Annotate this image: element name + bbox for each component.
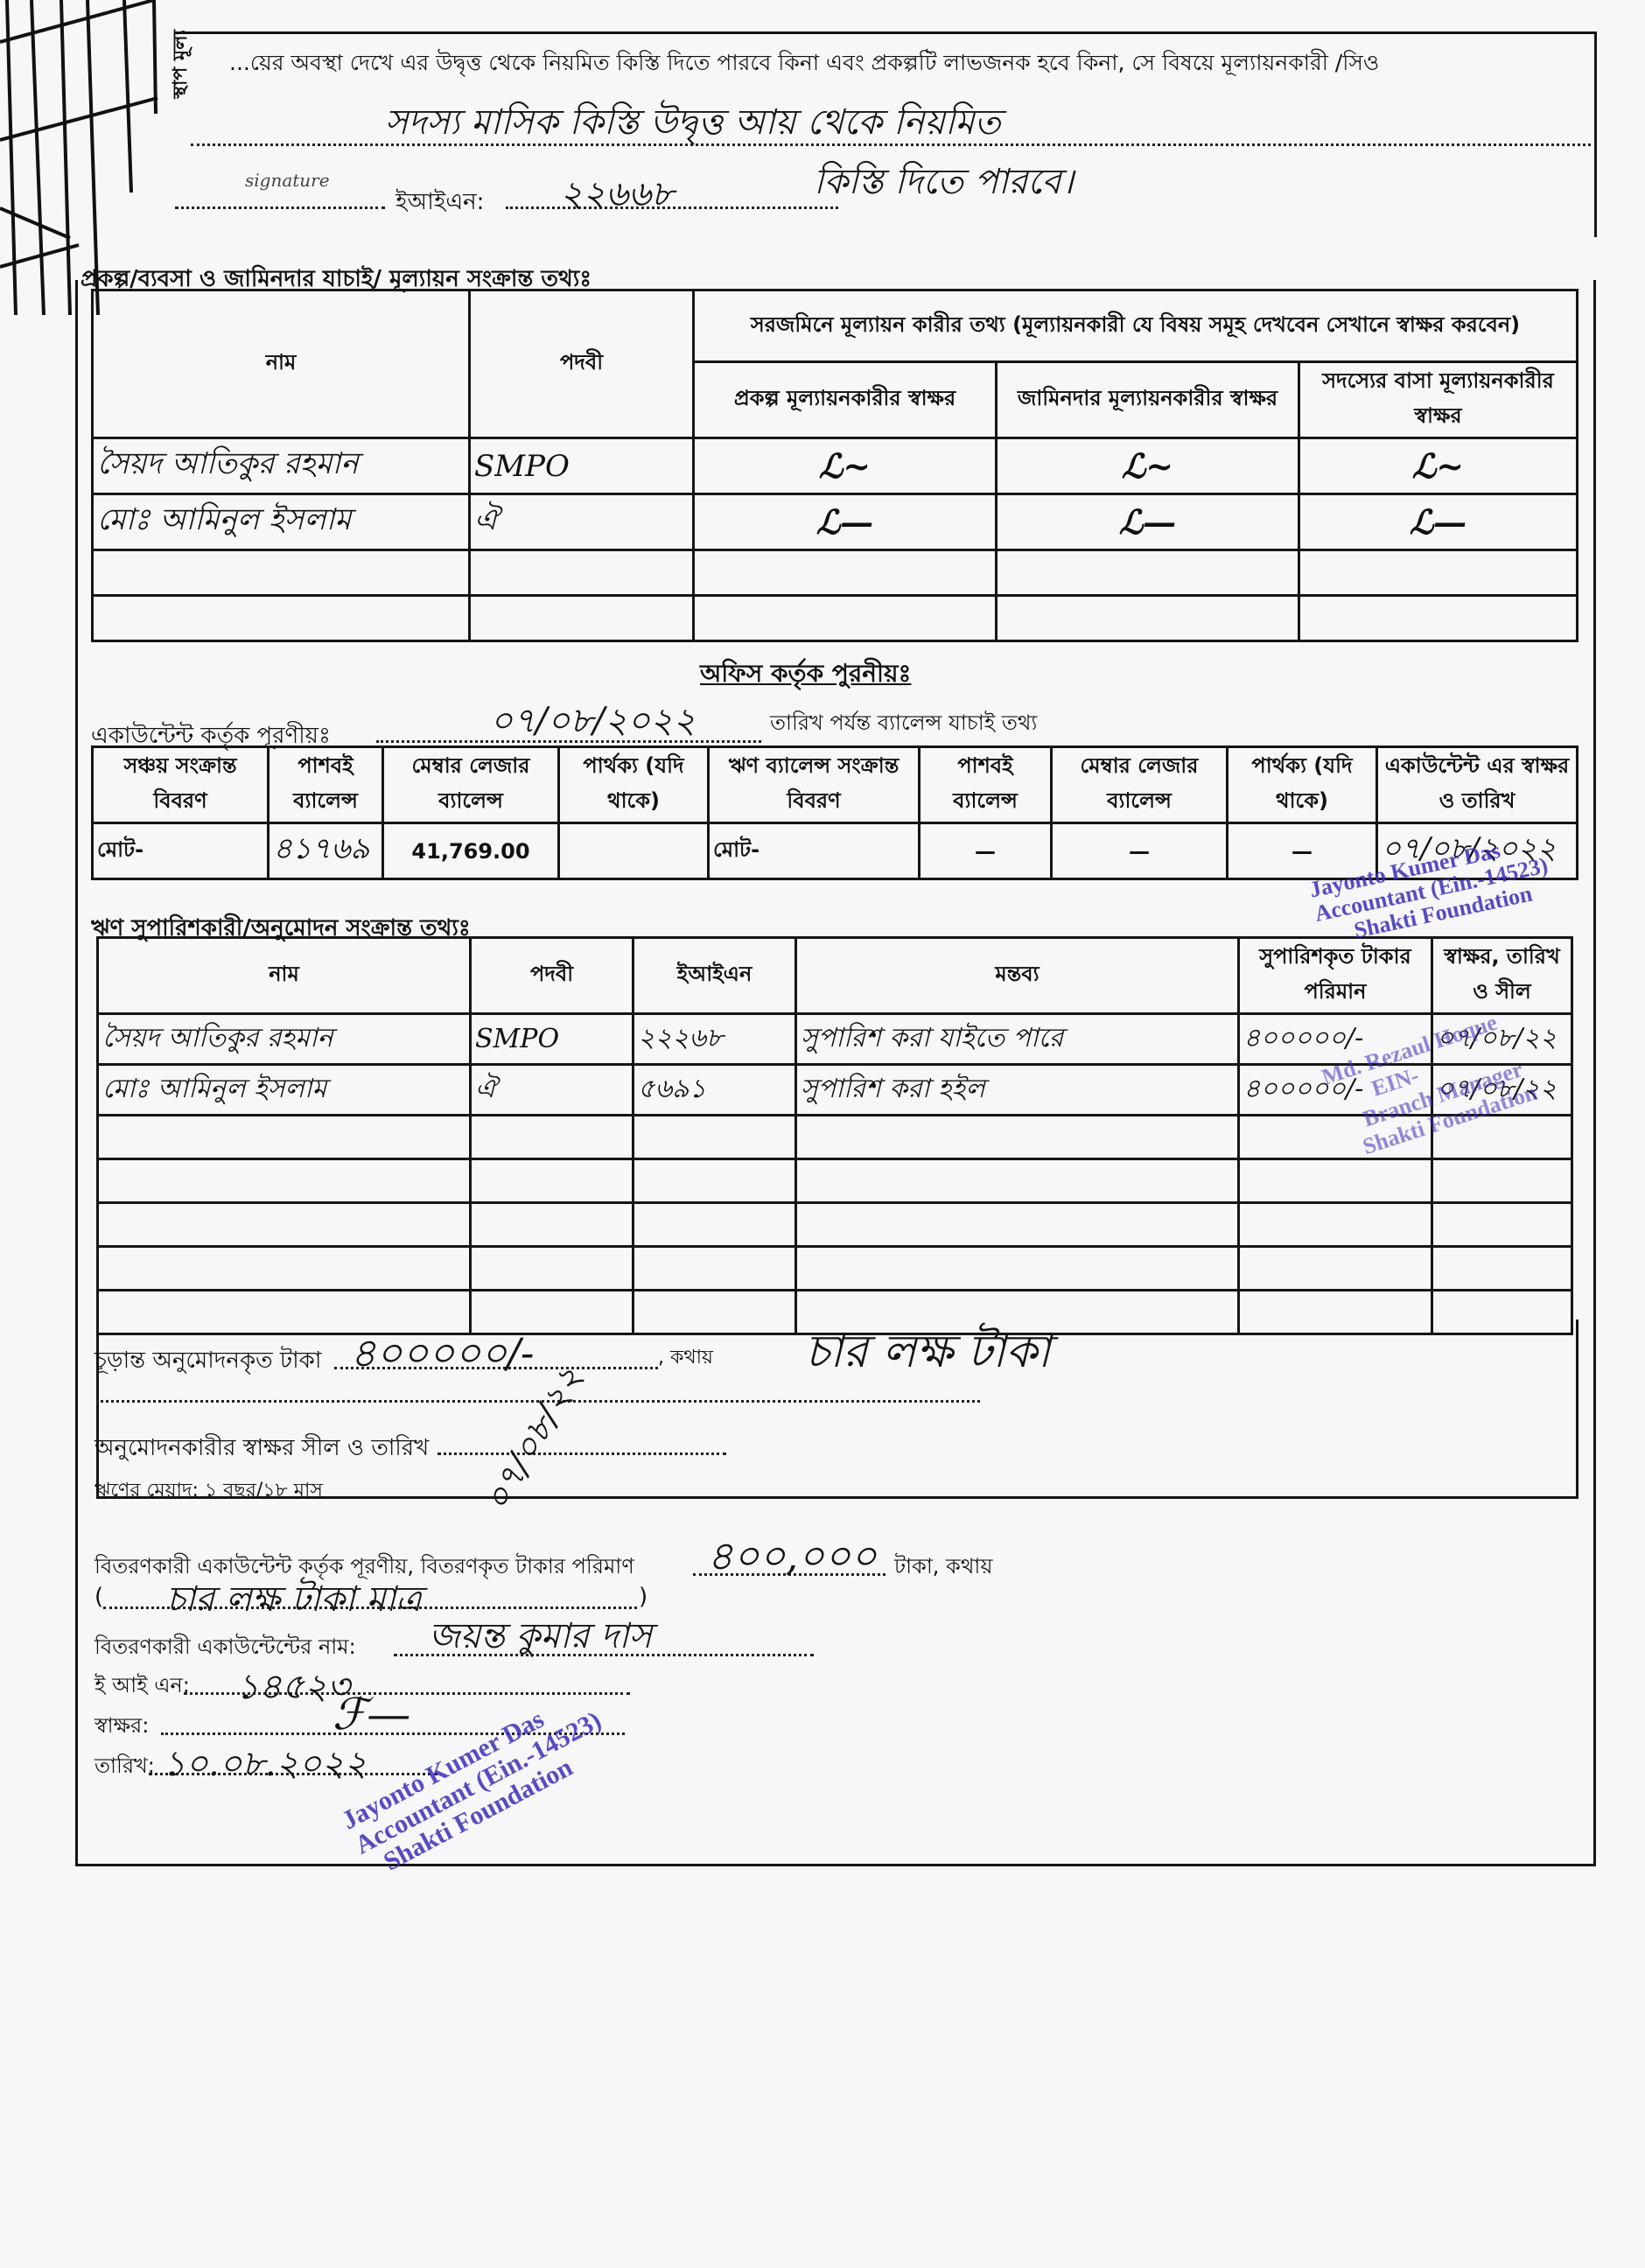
signature-icon: ℒ~: [1122, 446, 1173, 486]
final-amount-value: ৪০০০০০/-: [350, 1323, 534, 1389]
in-words-label: , কথায়: [658, 1342, 713, 1375]
verification-table: নাম পদবী সরজমিনে মূল্যায়ন কারীর তথ্য (ম…: [91, 289, 1578, 642]
verification-row-name: [93, 550, 470, 596]
verification-row-guarantor-sign: [997, 550, 1299, 596]
verification-row-home-sign: [1299, 550, 1578, 596]
verification-row-name: মোঃ আমিনুল ইসলাম: [93, 494, 470, 550]
verification-row-name: সৈয়দ আতিকুর রহমান: [93, 438, 470, 494]
recommendation-cell-name: মোঃ আমিনুল ইসলাম: [98, 1065, 471, 1116]
recommendation-cell-sign: [1432, 1247, 1572, 1291]
approver-sign-label: অনুমোদনকারীর স্বাক্ষর সীল ও তারিখ: [94, 1430, 429, 1468]
recommendation-cell-designation: ঐ: [471, 1065, 633, 1116]
verification-row-designation: ঐ: [470, 494, 694, 550]
verification-row-home-sign: ℒ~: [1299, 438, 1578, 494]
final-amount-label: চূড়ান্ত অনুমোদনকৃত টাকা: [94, 1342, 321, 1381]
assessment-dotted-line1: [191, 143, 1591, 146]
verification-row-project-sign: [694, 550, 997, 596]
recommendation-cell-ein: ২২২৬৮: [633, 1014, 796, 1065]
balance-cell-4: মোট-: [709, 823, 920, 879]
signature-icon: ℒ—: [1119, 502, 1176, 542]
recommendation-header-0: নাম: [98, 938, 471, 1014]
verification-row-project-sign: ℒ—: [694, 494, 997, 550]
verification-header-designation: পদবী: [470, 290, 694, 438]
assessment-sign-dotted: [175, 206, 385, 209]
disbursed-in-words-close: ): [639, 1584, 647, 1610]
recommendation-cell-sign: [1432, 1203, 1572, 1247]
verification-row-home-sign: [1299, 596, 1578, 641]
balance-table: সঞ্চয় সংক্রান্ত বিবরণপাশবই ব্যালেন্সমেম…: [91, 745, 1578, 880]
signature-icon: ℒ~: [819, 446, 871, 486]
verification-row-guarantor-sign: ℒ—: [997, 494, 1299, 550]
recommendation-cell-ein: [633, 1247, 796, 1291]
recommendation-cell-amount: [1239, 1203, 1432, 1247]
balance-header-8: একাউন্টেন্ট এর স্বাক্ষর ও তারিখ: [1377, 747, 1578, 823]
disbursement-ein-label: ই আই এন:: [94, 1669, 190, 1704]
assessment-ein-label: ইআইএন:: [395, 184, 484, 222]
assessment-instruction: ...য়ের অবস্থা দেখে এর উদ্বৃত্ত থেকে নিয…: [229, 45, 1379, 83]
recommendation-header-3: মন্তব্য: [796, 938, 1239, 1014]
recommendation-header-5: স্বাক্ষর, তারিখ ও সীল: [1432, 938, 1572, 1014]
recommendation-cell-comment: সুপারিশ করা যাইতে পারে: [796, 1014, 1239, 1065]
recommendation-cell-comment: [796, 1116, 1239, 1159]
balance-cell-5: —: [920, 823, 1052, 879]
accountant-fill-date: ০৭/০৮/২০২২: [490, 693, 696, 752]
balance-header-5: পাশবই ব্যালেন্স: [920, 747, 1052, 823]
verification-row-project-sign: [694, 596, 997, 641]
verification-row-guarantor-sign: ℒ~: [997, 438, 1299, 494]
verification-row-home-sign: ℒ—: [1299, 494, 1578, 550]
recommendation-cell-ein: [633, 1203, 796, 1247]
recommendation-row: [98, 1247, 1572, 1291]
verification-header-home-sign: সদস্যের বাসা মূল্যায়নকারীর স্বাক্ষর: [1299, 362, 1578, 438]
signature-icon: ℒ—: [1410, 502, 1466, 542]
verification-row-guarantor-sign: [997, 596, 1299, 641]
recommendation-header-4: সুপারিশকৃত টাকার পরিমান: [1239, 938, 1432, 1014]
recommendation-cell-sign: [1432, 1159, 1572, 1203]
balance-header-2: মেম্বার লেজার ব্যালেন্স: [383, 747, 559, 823]
verification-row: [93, 550, 1578, 596]
disbursed-in-words-open: (: [94, 1584, 103, 1610]
recommendation-cell-amount: [1239, 1247, 1432, 1291]
verification-row: মোঃ আমিনুল ইসলাম ঐ ℒ— ℒ— ℒ—: [93, 494, 1578, 550]
disbursement-date-value: ১০.০৮.২০২২: [163, 1736, 367, 1795]
balance-header-7: পার্থক্য (যদি থাকে): [1228, 747, 1377, 823]
balance-header-3: পার্থক্য (যদি থাকে): [559, 747, 709, 823]
recommendation-cell-designation: [471, 1203, 633, 1247]
assessment-handwritten-line2: কিস্তি দিতে পারবে।: [814, 154, 1074, 213]
assessment-ein-value: ২২৬৬৮: [560, 166, 674, 225]
verification-row-project-sign: ℒ~: [694, 438, 997, 494]
verification-row-designation: [470, 550, 694, 596]
recommendation-cell-comment: [796, 1159, 1239, 1203]
verification-header-guarantor-sign: জামিনদার মূল্যায়নকারীর স্বাক্ষর: [997, 362, 1299, 438]
recommendation-cell-comment: সুপারিশ করা হইল: [796, 1065, 1239, 1116]
recommendation-cell-name: [98, 1247, 471, 1291]
verification-row-designation: [470, 596, 694, 641]
disbursement-signature-label: স্বাক্ষর:: [94, 1710, 149, 1745]
verification-row: সৈয়দ আতিকুর রহমান SMPO ℒ~ ℒ~ ℒ~: [93, 438, 1578, 494]
balance-header-1: পাশবই ব্যালেন্স: [269, 747, 383, 823]
balance-cell-6: —: [1052, 823, 1228, 879]
recommendation-cell-name: সৈয়দ আতিকুর রহমান: [98, 1014, 471, 1065]
in-words-value: চার লক্ষ টাকা: [805, 1316, 1051, 1392]
balance-header-0: সঞ্চয় সংক্রান্ত বিবরণ: [93, 747, 269, 823]
disbursing-accountant-value: জয়ন্ত কুমার দাস: [429, 1608, 652, 1667]
recommendation-row: [98, 1203, 1572, 1247]
recommendation-header-2: ইআইএন: [633, 938, 796, 1014]
signature-icon: ℒ—: [816, 502, 873, 542]
verification-row-designation: SMPO: [470, 438, 694, 494]
verification-row: [93, 596, 1578, 641]
assessment-signature: signature: [245, 149, 330, 196]
recommendation-cell-comment: [796, 1247, 1239, 1291]
balance-header-6: মেম্বার লেজার ব্যালেন্স: [1052, 747, 1228, 823]
recommendation-cell-amount: [1239, 1159, 1432, 1203]
recommendation-cell-name: [98, 1116, 471, 1159]
recommendation-cell-name: [98, 1203, 471, 1247]
balance-header-4: ঋণ ব্যালেন্স সংক্রান্ত বিবরণ: [709, 747, 920, 823]
signature-mark: signature: [245, 170, 330, 191]
verification-header-project-sign: প্রকল্প মূল্যায়নকারীর স্বাক্ষর: [694, 362, 997, 438]
signature-icon: ℱ—: [332, 1689, 410, 1739]
approver-sign-dotted: [437, 1452, 726, 1455]
balance-cell-1: ৪১৭৬৯: [269, 823, 383, 879]
recommendation-cell-name: [98, 1159, 471, 1203]
recommendation-header-1: পদবী: [471, 938, 633, 1014]
recommendation-cell-designation: [471, 1116, 633, 1159]
office-title: অফিস কর্তৃক পুরনীয়ঃ: [700, 654, 911, 696]
balance-check-suffix: তারিখ পর্যন্ত ব্যালেন্স যাচাই তথ্য: [770, 707, 1037, 742]
verification-header-group: সরজমিনে মূল্যায়ন কারীর তথ্য (মূল্যায়নক…: [694, 290, 1578, 362]
disbursement-signature: ℱ—: [332, 1689, 410, 1739]
recommendation-cell-ein: [633, 1116, 796, 1159]
balance-cell-2: 41,769.00: [383, 823, 559, 879]
disbursed-taka-label: টাকা, কথায়: [894, 1550, 992, 1585]
balance-cell-0: মোট-: [93, 823, 269, 879]
disbursed-in-words-value: চার লক্ষ টাকা মাত্র: [166, 1571, 422, 1630]
recommendation-cell-designation: [471, 1159, 633, 1203]
recommendation-cell-ein: ৫৬৯১: [633, 1065, 796, 1116]
verification-row-name: [93, 596, 470, 641]
verification-header-name: নাম: [93, 290, 470, 438]
signature-icon: ℒ~: [1412, 446, 1464, 486]
recommendation-cell-designation: [471, 1247, 633, 1291]
disbursement-date-label: তারিখ:: [94, 1750, 155, 1785]
recommendation-cell-comment: [796, 1203, 1239, 1247]
recommendation-cell-designation: SMPO: [471, 1014, 633, 1065]
disbursed-amount-value: ৪০০,০০০: [707, 1526, 877, 1592]
balance-cell-3: [559, 823, 709, 879]
recommendation-cell-ein: [633, 1159, 796, 1203]
